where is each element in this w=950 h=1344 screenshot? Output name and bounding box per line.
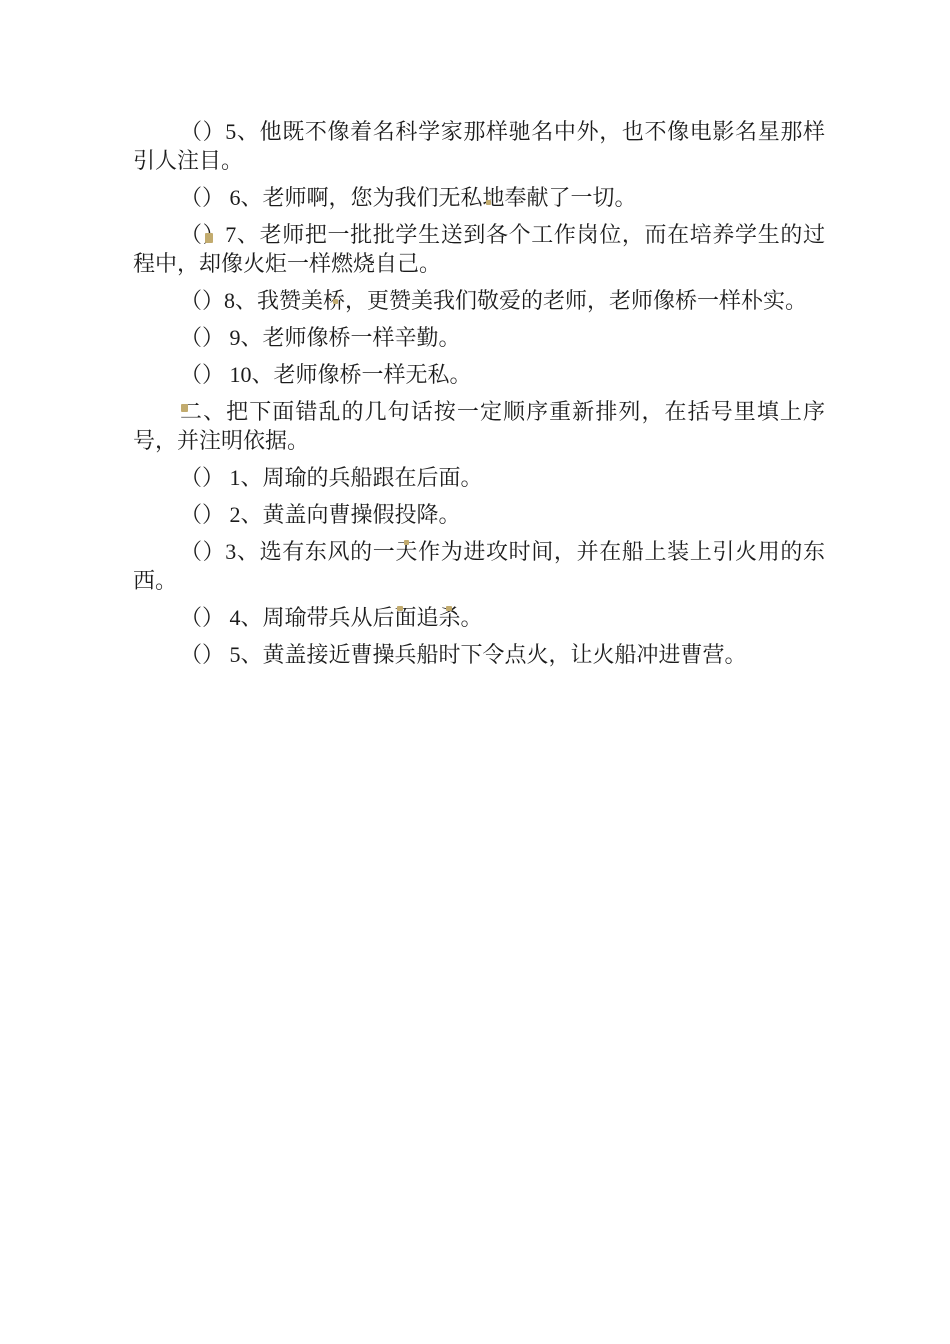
question-item-5b: （） 5、黄盖接近曹操兵船时下令点火，让火船冲进曹营。 [133,640,825,669]
question-item-1: （） 1、周瑜的兵船跟在后面。 [133,463,825,492]
question-item-8: （）8、我赞美桥，更赞美我们敬爱的老师，老师像桥一样朴实。 [133,286,825,315]
question-item-9: （） 9、老师像桥一样辛勤。 [133,323,825,352]
question-item-3: （）3、选有东风的一天作为进攻时间，并在船上装上引火用的东西。 [133,537,825,595]
question-item-7: （）7、老师把一批批学生送到各个工作岗位，而在培养学生的过程中，却像火炬一样燃烧… [133,220,825,278]
question-item-6: （） 6、老师啊，您为我们无私地奉献了一切。 [133,183,825,212]
section-heading: 二、把下面错乱的几句话按一定顺序重新排列，在括号里填上序号，并注明依据。 [133,397,825,455]
document-content: （）5、他既不像着名科学家那样驰名中外，也不像电影名星那样引人注目。 （） 6、… [133,117,825,677]
question-item-10: （） 10、老师像桥一样无私。 [133,360,825,389]
question-item-4: （） 4、周瑜带兵从后面追杀。 [133,603,825,632]
document-page: （）5、他既不像着名科学家那样驰名中外，也不像电影名星那样引人注目。 （） 6、… [0,0,950,1344]
question-item-5: （）5、他既不像着名科学家那样驰名中外，也不像电影名星那样引人注目。 [133,117,825,175]
question-item-2: （） 2、黄盖向曹操假投降。 [133,500,825,529]
